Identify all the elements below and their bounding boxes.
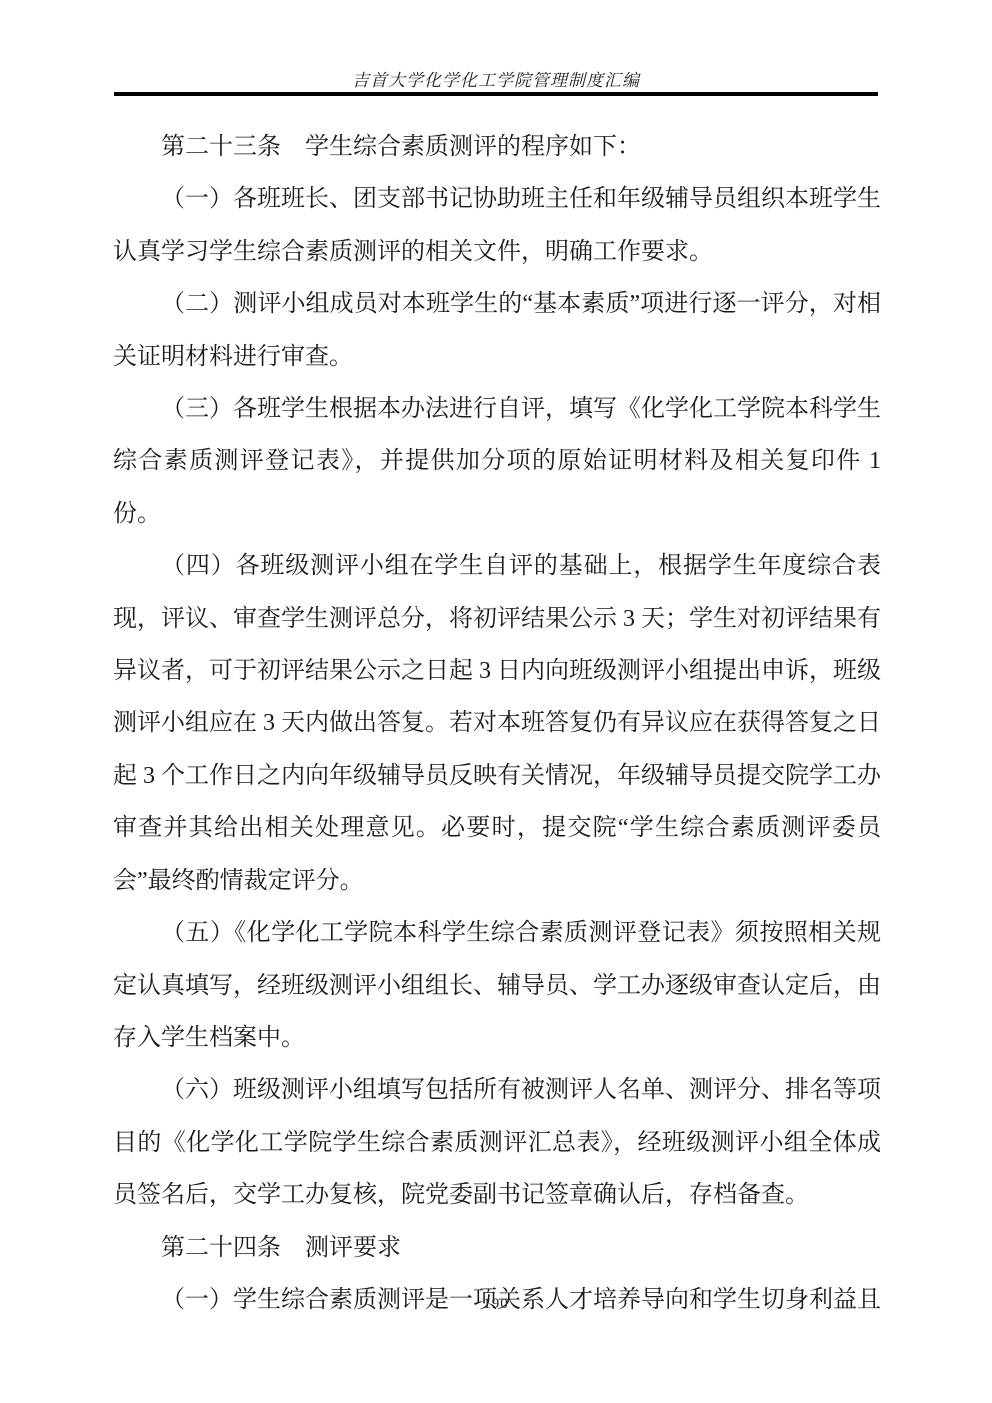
running-header: 吉首大学化学化工学院管理制度汇编 xyxy=(0,66,992,91)
document-page: 吉首大学化学化工学院管理制度汇编 第二十三条 学生综合素质测评的程序如下： （一… xyxy=(0,0,992,1403)
paragraph-item-6: （六）班级测评小组填写包括所有被测评人名单、测评分、排名等项目的《化学化工学院学… xyxy=(113,1064,881,1221)
paragraph-item-3: （三）各班学生根据本办法进行自评，填写《化学化工学院本科学生综合素质测评登记表》… xyxy=(113,383,881,540)
paragraph-item-4: （四）各班级测评小组在学生自评的基础上，根据学生年度综合表现，评议、审查学生测评… xyxy=(113,540,881,907)
article-heading: 第二十四条 测评要求 xyxy=(113,1222,881,1274)
article-heading: 第二十三条 学生综合素质测评的程序如下： xyxy=(113,121,881,173)
page-number: 190 xyxy=(0,1296,992,1313)
header-rule xyxy=(114,92,878,96)
paragraph-item-2: （二）测评小组成员对本班学生的“基本素质”项进行逐一评分，对相关证明材料进行审查… xyxy=(113,278,881,383)
paragraph-item-5: （五）《化学化工学院本科学生综合素质测评登记表》须按照相关规定认真填写，经班级测… xyxy=(113,907,881,1064)
paragraph-item-1: （一）各班班长、团支部书记协助班主任和年级辅导员组织本班学生认真学习学生综合素质… xyxy=(113,173,881,278)
document-body: 第二十三条 学生综合素质测评的程序如下： （一）各班班长、团支部书记协助班主任和… xyxy=(113,121,881,1326)
